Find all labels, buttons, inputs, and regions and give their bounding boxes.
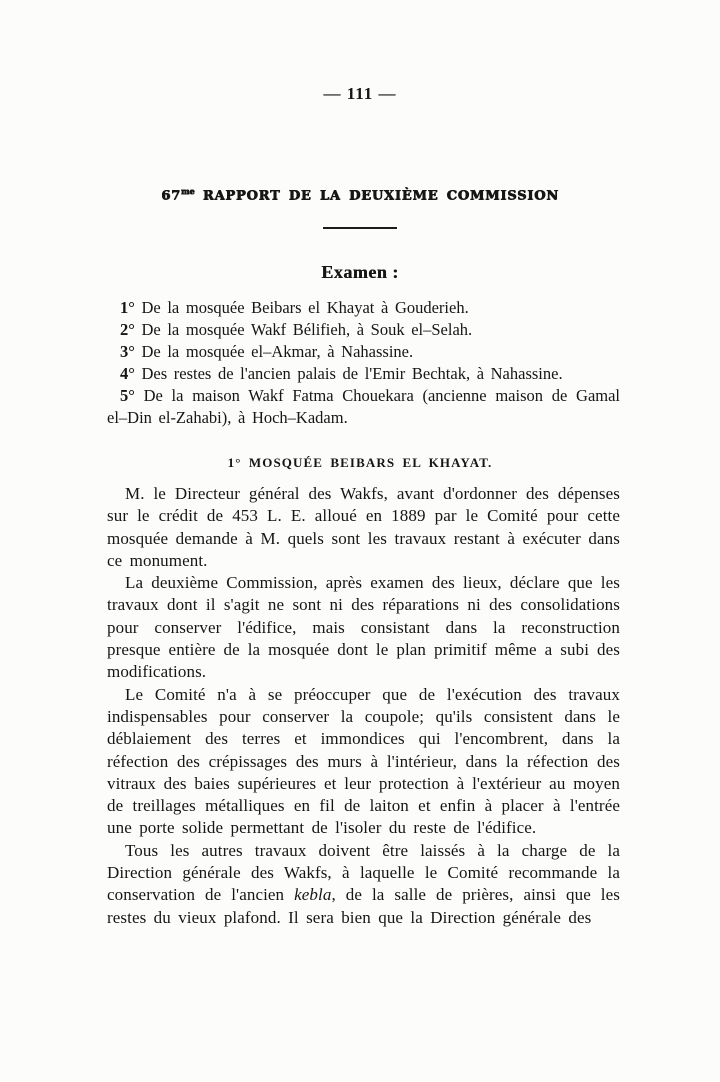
examen-heading: Examen : xyxy=(0,262,720,283)
list-item: 1° De la mosquée Beibars el Khayat à Gou… xyxy=(107,297,620,319)
list-item-number: 3° xyxy=(120,342,135,361)
report-title-text: RAPPORT DE LA DEUXIÈME COMMISSION xyxy=(203,188,559,203)
paragraph: Tous les autres travaux doivent être lai… xyxy=(107,840,620,929)
list-item: 3° De la mosquée el–Akmar, à Nahassine. xyxy=(107,341,620,363)
report-title-superscript: me xyxy=(181,186,195,196)
title-divider xyxy=(323,227,397,229)
list-item-number: 5° xyxy=(120,386,135,405)
report-title: 67me RAPPORT DE LA DEUXIÈME COMMISSION xyxy=(0,186,720,203)
report-title-number: 67 xyxy=(161,188,181,203)
examen-list: 1° De la mosquée Beibars el Khayat à Gou… xyxy=(107,297,620,429)
list-item: 4° Des restes de l'ancien palais de l'Em… xyxy=(107,363,620,385)
list-item-number: 2° xyxy=(120,320,135,339)
list-item-number: 1° xyxy=(120,298,135,317)
list-item-text: De la mosquée el–Akmar, à Nahassine. xyxy=(141,342,413,361)
list-item: 5° De la maison Wakf Fatma Chouekara (an… xyxy=(107,385,620,429)
paragraph: Le Comité n'a à se préoccuper que de l'e… xyxy=(107,684,620,840)
paragraph: La deuxième Commission, après examen des… xyxy=(107,572,620,683)
list-item-number: 4° xyxy=(120,364,135,383)
section-number: 1° xyxy=(228,455,242,470)
italic-term: kebla xyxy=(294,885,331,904)
list-item-text: Des restes de l'ancien palais de l'Emir … xyxy=(141,364,562,383)
list-item: 2° De la mosquée Wakf Bélifieh, à Souk e… xyxy=(107,319,620,341)
paragraph: M. le Directeur général des Wakfs, avant… xyxy=(107,483,620,572)
page-number: — 111 — xyxy=(0,84,720,104)
body-text: M. le Directeur général des Wakfs, avant… xyxy=(107,483,620,929)
section-heading: 1° MOSQUÉE BEIBARS EL KHAYAT. xyxy=(0,455,720,471)
scanned-document-page: — 111 — 67me RAPPORT DE LA DEUXIÈME COMM… xyxy=(0,0,720,1082)
list-item-text: De la mosquée Beibars el Khayat à Gouder… xyxy=(141,298,468,317)
list-item-text: De la maison Wakf Fatma Chouekara (ancie… xyxy=(107,386,620,427)
list-item-text: De la mosquée Wakf Bélifieh, à Souk el–S… xyxy=(141,320,472,339)
section-title: MOSQUÉE BEIBARS EL KHAYAT. xyxy=(249,455,493,470)
